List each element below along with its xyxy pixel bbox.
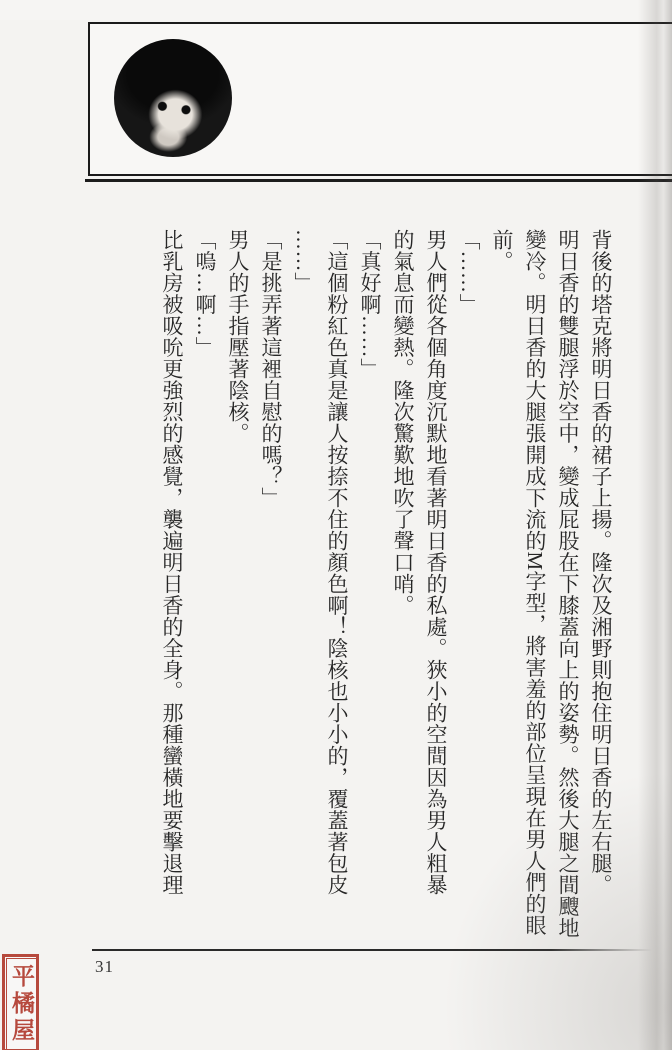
- header-illustration-box: [88, 22, 672, 176]
- text-column: 「嗚…啊…」: [188, 229, 221, 945]
- scanned-novel-page: { "header": { "illustration": "manga-gir…: [0, 0, 672, 1050]
- manga-girl-portrait-icon: [114, 39, 232, 157]
- header-divider-rule: [85, 179, 672, 182]
- text-column: 男人們從各個角度沉默地看著明日香的私處。狹小的空間因為男人粗暴: [419, 229, 452, 945]
- publisher-seal: 平橘屋: [2, 954, 39, 1050]
- text-column: 「是挑弄著這裡自慰的嗎？」: [254, 229, 287, 945]
- text-column: 的氣息而變熱。隆次驚歎地吹了聲口哨。: [386, 229, 419, 945]
- page-number: 31: [95, 957, 114, 977]
- text-column: 背後的塔克將明日香的裙子上揚。隆次及湘野則抱住明日香的左右腿。: [584, 229, 617, 945]
- seal-text: 平橘屋: [9, 964, 34, 1045]
- text-column: 「這個粉紅色真是讓人按捺不住的顏色啊！陰核也小小的，覆蓋著包皮: [320, 229, 353, 945]
- text-column: 男人的手指壓著陰核。: [221, 229, 254, 945]
- text-column: 「……」: [452, 229, 485, 945]
- text-column: 比乳房被吸吮更強烈的感覺，襲遍明日香的全身。那種蠻橫地要擊退理: [155, 229, 188, 945]
- footer-rule: [92, 949, 652, 951]
- text-column: 變冷。明日香的大腿張開成下流的M字型，將害羞的部位呈現在男人們的眼: [518, 229, 551, 945]
- text-column: 「真好啊……」: [353, 229, 386, 945]
- vertical-text-area: 背後的塔克將明日香的裙子上揚。隆次及湘野則抱住明日香的左右腿。 明日香的雙腿浮於…: [155, 229, 617, 945]
- publisher-seal-inner-border: 平橘屋: [6, 958, 37, 1050]
- text-column: 明日香的雙腿浮於空中，變成屁股在下膝蓋向上的姿勢。然後大腿之間颼地: [551, 229, 584, 945]
- page-top-margin: [0, 0, 672, 20]
- text-column: ……」: [287, 229, 320, 945]
- text-column: 前。: [485, 229, 518, 945]
